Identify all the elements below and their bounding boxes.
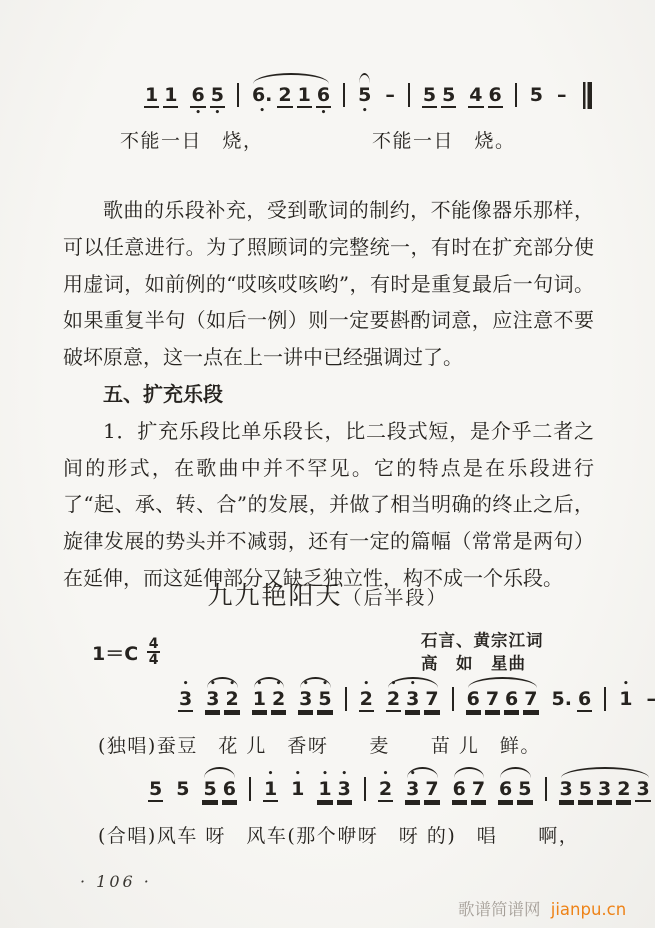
jianpu-note: 4 bbox=[466, 76, 485, 117]
note-digit: 2 bbox=[378, 779, 393, 802]
jianpu-note: 3 bbox=[595, 770, 614, 811]
jianpu-note: 5 bbox=[200, 770, 219, 811]
octave-dot-above bbox=[491, 680, 494, 689]
jianpu-note: 5 bbox=[527, 76, 546, 115]
octave-dot-above bbox=[622, 770, 625, 779]
barline bbox=[515, 83, 517, 107]
octave-dot-above bbox=[504, 770, 507, 779]
octave-dot-above bbox=[322, 76, 325, 85]
key-label: 1＝C bbox=[92, 639, 138, 666]
note-digit: 7 bbox=[523, 689, 538, 712]
octave-dot-below bbox=[296, 800, 299, 809]
note-digit: 3 bbox=[405, 779, 420, 802]
note-digit: 2 bbox=[271, 689, 286, 712]
jianpu-note: 6.• bbox=[249, 76, 275, 117]
note-digit: – bbox=[645, 689, 655, 710]
note-digit: 7 bbox=[424, 779, 439, 802]
jianpu-note: 5 bbox=[420, 76, 439, 117]
slur-note-group: 5 6 bbox=[200, 770, 238, 811]
paragraph-music-section-supplement: 歌曲的乐段补充，受到歌词的制约，不能像器乐那样，可以任意进行。为了照顾词的完整统… bbox=[63, 192, 594, 376]
slur-note-group: 6 7 bbox=[450, 770, 488, 811]
note-digit: 3 bbox=[178, 689, 193, 712]
octave-dot-below bbox=[389, 106, 392, 115]
octave-dot-above bbox=[228, 770, 231, 779]
octave-dot-below bbox=[323, 802, 326, 811]
watermark-url: jianpu.cn bbox=[551, 900, 626, 919]
octave-dot-below bbox=[624, 710, 627, 719]
song-title: 九九艳阳天（后半段） bbox=[0, 576, 655, 612]
octave-dot-below bbox=[474, 108, 477, 117]
octave-dot-above bbox=[430, 680, 433, 689]
octave-dot-above bbox=[472, 680, 475, 689]
octave-dot-below bbox=[430, 712, 433, 721]
octave-dot-above bbox=[363, 76, 366, 85]
jianpu-note: 7 bbox=[422, 770, 441, 811]
octave-dot-below bbox=[477, 802, 480, 811]
note-digit: 3 bbox=[597, 779, 612, 802]
octave-dot-below bbox=[228, 802, 231, 811]
slur-note-group: 6 5 bbox=[496, 770, 534, 811]
octave-dot-below bbox=[504, 802, 507, 811]
octave-dot-below bbox=[209, 802, 212, 811]
barline bbox=[545, 777, 547, 801]
octave-dot-above: • bbox=[410, 770, 416, 779]
scanned-book-page: 1 1 6• 5• 6.• 2 1 6• 5• – 5 5 4 6 5 – 不能… bbox=[0, 0, 655, 928]
body-text: 歌曲的乐段补充，受到歌词的制约，不能像器乐那样，可以任意进行。为了照顾词的完整统… bbox=[63, 192, 594, 597]
note-digit: 6 bbox=[498, 779, 513, 802]
slur-note-group: 6 7 6 7 bbox=[464, 680, 541, 721]
jianpu-note: 6 bbox=[220, 770, 239, 811]
note-digit: 1 bbox=[290, 779, 305, 800]
octave-dot-below bbox=[472, 712, 475, 721]
note-digit: 3 bbox=[559, 779, 574, 802]
octave-dot-below bbox=[150, 108, 153, 117]
jianpu-note: 1 bbox=[161, 76, 180, 117]
octave-dot-below bbox=[384, 802, 387, 811]
jianpu-note: 7 bbox=[422, 680, 441, 721]
octave-dot-below bbox=[529, 712, 532, 721]
note-digit: 5 bbox=[202, 779, 217, 802]
octave-dot-below bbox=[603, 802, 606, 811]
note-digit: 6. bbox=[251, 85, 273, 106]
song-title-subtitle: （后半段） bbox=[343, 587, 448, 609]
octave-dot-below bbox=[642, 802, 645, 811]
note-digit: 1 bbox=[618, 689, 633, 710]
composer-credit: 高 如 星曲 bbox=[421, 652, 544, 675]
barline bbox=[408, 83, 410, 107]
jianpu-note: •2 bbox=[269, 680, 288, 721]
octave-dot-below: • bbox=[362, 106, 368, 115]
note-group: •2 bbox=[357, 680, 376, 721]
jianpu-note: 6 bbox=[450, 770, 469, 811]
octave-dot-below bbox=[565, 802, 568, 811]
octave-dot-below bbox=[169, 108, 172, 117]
jianpu-note: 3 bbox=[557, 770, 576, 811]
octave-dot-below bbox=[650, 710, 653, 719]
notation-line-1: •3 •3 •2 •1 •2 •3 •5 •2 •2 •3 7 6 7 6 7 … bbox=[172, 680, 655, 721]
note-digit: 1 bbox=[317, 779, 332, 802]
jianpu-note: – bbox=[643, 680, 655, 719]
note-group: 5. 6 bbox=[549, 680, 595, 721]
note-digit: 1 bbox=[263, 779, 278, 802]
jianpu-note: 6 bbox=[575, 680, 594, 721]
octave-dot-below bbox=[584, 802, 587, 811]
note-digit: 6 bbox=[466, 689, 481, 712]
octave-dot-below bbox=[428, 108, 431, 117]
note-digit: 1 bbox=[252, 689, 267, 712]
jianpu-note: •3 bbox=[403, 680, 422, 721]
jianpu-note: •1 bbox=[261, 770, 280, 811]
jianpu-note: 2 bbox=[275, 76, 294, 117]
jianpu-note: •5 bbox=[315, 680, 334, 721]
octave-dot-above bbox=[565, 770, 568, 779]
lyrics-line-2: (合唱)风车 呀 风车(那个咿呀 呀 的) 唱 啊， bbox=[98, 821, 579, 848]
barline bbox=[345, 687, 347, 711]
octave-dot-below bbox=[392, 712, 395, 721]
note-group: 5 bbox=[527, 76, 546, 115]
jianpu-note: – bbox=[554, 76, 570, 115]
note-digit: 3 bbox=[205, 689, 220, 712]
octave-dot-below bbox=[458, 802, 461, 811]
octave-dot-below bbox=[269, 802, 272, 811]
note-group: 4 6 bbox=[466, 76, 504, 117]
octave-dot-below bbox=[411, 802, 414, 811]
octave-dot-below bbox=[343, 802, 346, 811]
note-digit: 7 bbox=[471, 779, 486, 802]
slur-note-group: 6.• 2 1 6• bbox=[249, 76, 333, 117]
note-digit: 6 bbox=[577, 689, 592, 712]
jianpu-note: •1 bbox=[288, 770, 307, 809]
note-group: •1 bbox=[616, 680, 635, 719]
note-group: 1 1 bbox=[142, 76, 180, 117]
octave-dot-below bbox=[323, 712, 326, 721]
jianpu-note: 5. bbox=[549, 680, 575, 721]
octave-dot-above: • bbox=[410, 680, 416, 689]
jianpu-note: 5 bbox=[576, 770, 595, 811]
octave-dot-above bbox=[510, 680, 513, 689]
jianpu-note: 2 bbox=[614, 770, 633, 811]
jianpu-note: •3 bbox=[403, 770, 422, 811]
note-digit: 1 bbox=[163, 85, 178, 108]
jianpu-note: 7 bbox=[521, 680, 540, 721]
octave-dot-above bbox=[283, 76, 286, 85]
note-group: – bbox=[643, 680, 655, 719]
top-notation-line: 1 1 6• 5• 6.• 2 1 6• 5• – 5 5 4 6 5 – bbox=[138, 76, 596, 117]
note-digit: 6 bbox=[316, 85, 331, 108]
note-digit: 5 bbox=[210, 85, 225, 108]
octave-dot-above bbox=[458, 770, 461, 779]
octave-dot-below bbox=[277, 712, 280, 721]
octave-dot-below bbox=[560, 106, 563, 115]
jianpu-note: 6• bbox=[314, 76, 333, 117]
note-digit: 2 bbox=[224, 689, 239, 712]
barline bbox=[364, 777, 366, 801]
octave-dot-below bbox=[231, 712, 234, 721]
slur-note-group: •3 •2 bbox=[203, 680, 241, 721]
jianpu-note: 6 bbox=[464, 680, 483, 721]
octave-dot-above bbox=[209, 770, 212, 779]
note-digit: 6 bbox=[488, 85, 503, 108]
octave-dot-below bbox=[447, 108, 450, 117]
octave-dot-above: • bbox=[229, 680, 235, 689]
octave-dot-above bbox=[584, 770, 587, 779]
octave-dot-below bbox=[510, 712, 513, 721]
note-group: •1 bbox=[288, 770, 307, 809]
watermark: 歌谱简谱网 jianpu.cn bbox=[458, 896, 626, 920]
top-lyrics-phrase-1: 不能一日 烧， bbox=[120, 126, 264, 153]
note-digit: 2 bbox=[386, 689, 401, 712]
note-digit: 6 bbox=[222, 779, 237, 802]
note-digit: – bbox=[384, 85, 396, 106]
jianpu-note: 6 bbox=[496, 770, 515, 811]
octave-dot-below bbox=[304, 712, 307, 721]
octave-dot-below bbox=[181, 800, 184, 809]
octave-dot-below bbox=[523, 802, 526, 811]
octave-dot-below bbox=[303, 108, 306, 117]
jianpu-note: •3 bbox=[176, 680, 195, 721]
octave-dot-below bbox=[184, 712, 187, 721]
barline bbox=[452, 687, 454, 711]
note-digit: 2 bbox=[616, 779, 631, 802]
note-digit: 3 bbox=[635, 779, 650, 802]
note-digit: – bbox=[556, 85, 568, 106]
jianpu-note: 3 bbox=[633, 770, 652, 811]
note-group: •2 bbox=[376, 770, 395, 811]
octave-dot-below bbox=[430, 802, 433, 811]
jianpu-note: 1 bbox=[142, 76, 161, 117]
note-digit: 6 bbox=[504, 689, 519, 712]
jianpu-note: 7 bbox=[469, 770, 488, 811]
octave-dot-below bbox=[365, 712, 368, 721]
octave-dot-below bbox=[583, 712, 586, 721]
slur-note-group: •3 •5 bbox=[296, 680, 334, 721]
jianpu-note: •3 bbox=[296, 680, 315, 721]
note-digit: 1 bbox=[144, 85, 159, 108]
page-number: · 106 · bbox=[80, 872, 152, 891]
note-digit: 7 bbox=[424, 689, 439, 712]
octave-dot-below bbox=[411, 712, 414, 721]
jianpu-note: 6• bbox=[188, 76, 207, 117]
jianpu-note: •3 bbox=[335, 770, 354, 811]
jianpu-note: 7 bbox=[483, 680, 502, 721]
key-signature: 1＝C 4 4 bbox=[92, 638, 160, 666]
jianpu-note: •2 bbox=[384, 680, 403, 721]
octave-dot-above: • bbox=[276, 680, 282, 689]
note-digit: 2 bbox=[359, 689, 374, 712]
time-signature-denominator: 4 bbox=[149, 654, 159, 666]
octave-dot-below: • bbox=[321, 108, 327, 117]
jianpu-note: 5 bbox=[173, 770, 192, 809]
note-digit: 3 bbox=[298, 689, 313, 712]
time-signature-numerator: 4 bbox=[149, 638, 159, 650]
octave-dot-above bbox=[642, 770, 645, 779]
jianpu-note: 6 bbox=[502, 680, 521, 721]
jianpu-note: 5• bbox=[208, 76, 227, 117]
octave-dot-above bbox=[529, 680, 532, 689]
note-group: 5 bbox=[146, 770, 165, 811]
jianpu-note: •2 bbox=[376, 770, 395, 811]
note-digit: 5 bbox=[317, 689, 332, 712]
jianpu-note: •3 bbox=[203, 680, 222, 721]
note-digit: 3 bbox=[405, 689, 420, 712]
octave-dot-below bbox=[535, 106, 538, 115]
section-heading: 五、扩充乐段 bbox=[63, 376, 594, 413]
octave-dot-above: • bbox=[322, 680, 328, 689]
octave-dot-below: • bbox=[259, 106, 265, 115]
note-digit: 4 bbox=[468, 85, 483, 108]
note-digit: 5 bbox=[517, 779, 532, 802]
octave-dot-above: • bbox=[256, 680, 262, 689]
lyrics-line-1: (独唱)蚕豆 花 儿 香呀 麦 苗 儿 鲜。 bbox=[98, 731, 541, 758]
note-digit: 5. bbox=[551, 689, 573, 710]
note-digit: 5 bbox=[529, 85, 544, 106]
jianpu-note: •1 bbox=[250, 680, 269, 721]
note-group: •1 •3 bbox=[315, 770, 353, 811]
octave-dot-below bbox=[283, 108, 286, 117]
note-digit: 7 bbox=[485, 689, 500, 712]
jianpu-note: 6 bbox=[486, 76, 505, 117]
octave-dot-above: • bbox=[391, 680, 397, 689]
octave-dot-above bbox=[477, 770, 480, 779]
note-digit: 5 bbox=[357, 85, 372, 106]
lyricist-credit: 石言、黄宗江词 bbox=[421, 629, 544, 652]
final-barline bbox=[583, 82, 592, 109]
barline bbox=[604, 687, 606, 711]
note-digit: 5 bbox=[422, 85, 437, 108]
jianpu-note: 5 bbox=[146, 770, 165, 811]
notation-line-2: 5 5 5 6 •1 •1 •1 •3 •2 •3 7 6 7 6 5 3 5 … bbox=[142, 770, 655, 811]
slur-note-group: •3 7 bbox=[403, 770, 441, 811]
jianpu-note: •1 bbox=[315, 770, 334, 811]
note-digit: 5 bbox=[578, 779, 593, 802]
octave-dot-below bbox=[491, 712, 494, 721]
top-lyrics-phrase-2: 不能一日 烧。 bbox=[372, 126, 516, 153]
note-digit: 5 bbox=[441, 85, 456, 108]
octave-dot-below: • bbox=[214, 108, 220, 117]
jianpu-note: 5• bbox=[355, 76, 374, 115]
watermark-site-name: 歌谱简谱网 bbox=[458, 900, 541, 919]
time-signature: 4 4 bbox=[147, 638, 160, 666]
jianpu-note: 1 bbox=[295, 76, 314, 117]
slur-note-group: 5• bbox=[355, 76, 374, 115]
octave-dot-below bbox=[154, 802, 157, 811]
paragraph-expanded-period: 1．扩充乐段比单乐段长，比二段式短，是介乎二者之间的形式，在歌曲中并不罕见。它的… bbox=[63, 413, 594, 597]
note-digit: 5 bbox=[175, 779, 190, 800]
note-digit: 6 bbox=[190, 85, 205, 108]
jianpu-note: •1 bbox=[616, 680, 635, 719]
octave-dot-above: • bbox=[303, 680, 309, 689]
note-digit: 2 bbox=[277, 85, 292, 108]
slur-note-group: 3 5 3 2 3 bbox=[557, 770, 653, 811]
octave-dot-below bbox=[494, 108, 497, 117]
note-group: 5 bbox=[173, 770, 192, 809]
note-group: – bbox=[554, 76, 570, 115]
slur-note-group: •1 •2 bbox=[250, 680, 288, 721]
note-group: •1 bbox=[261, 770, 280, 811]
octave-dot-above bbox=[430, 770, 433, 779]
song-title-main: 九九艳阳天 bbox=[207, 581, 342, 610]
octave-dot-below: • bbox=[195, 108, 201, 117]
note-group: 6• 5• bbox=[188, 76, 226, 117]
octave-dot-above bbox=[303, 76, 306, 85]
octave-dot-below bbox=[622, 802, 625, 811]
barline bbox=[249, 777, 251, 801]
octave-dot-above bbox=[261, 76, 264, 85]
barline bbox=[343, 83, 345, 107]
octave-dot-below bbox=[211, 712, 214, 721]
barline bbox=[237, 83, 239, 107]
song-credits: 石言、黄宗江词 高 如 星曲 bbox=[421, 629, 544, 675]
octave-dot-above: • bbox=[210, 680, 216, 689]
note-group: •3 bbox=[176, 680, 195, 721]
note-digit: 1 bbox=[297, 85, 312, 108]
octave-dot-above bbox=[603, 770, 606, 779]
octave-dot-above bbox=[523, 770, 526, 779]
jianpu-note: 5 bbox=[515, 770, 534, 811]
jianpu-note: – bbox=[382, 76, 398, 115]
jianpu-note: 5 bbox=[439, 76, 458, 117]
octave-dot-below bbox=[560, 710, 563, 719]
note-group: – bbox=[382, 76, 398, 115]
note-digit: 6 bbox=[452, 779, 467, 802]
octave-dot-below bbox=[258, 712, 261, 721]
note-group: 5 5 bbox=[420, 76, 458, 117]
jianpu-note: •2 bbox=[222, 680, 241, 721]
slur-note-group: •2 •3 7 bbox=[384, 680, 442, 721]
jianpu-note: •2 bbox=[357, 680, 376, 721]
note-digit: 3 bbox=[337, 779, 352, 802]
note-digit: 5 bbox=[148, 779, 163, 802]
